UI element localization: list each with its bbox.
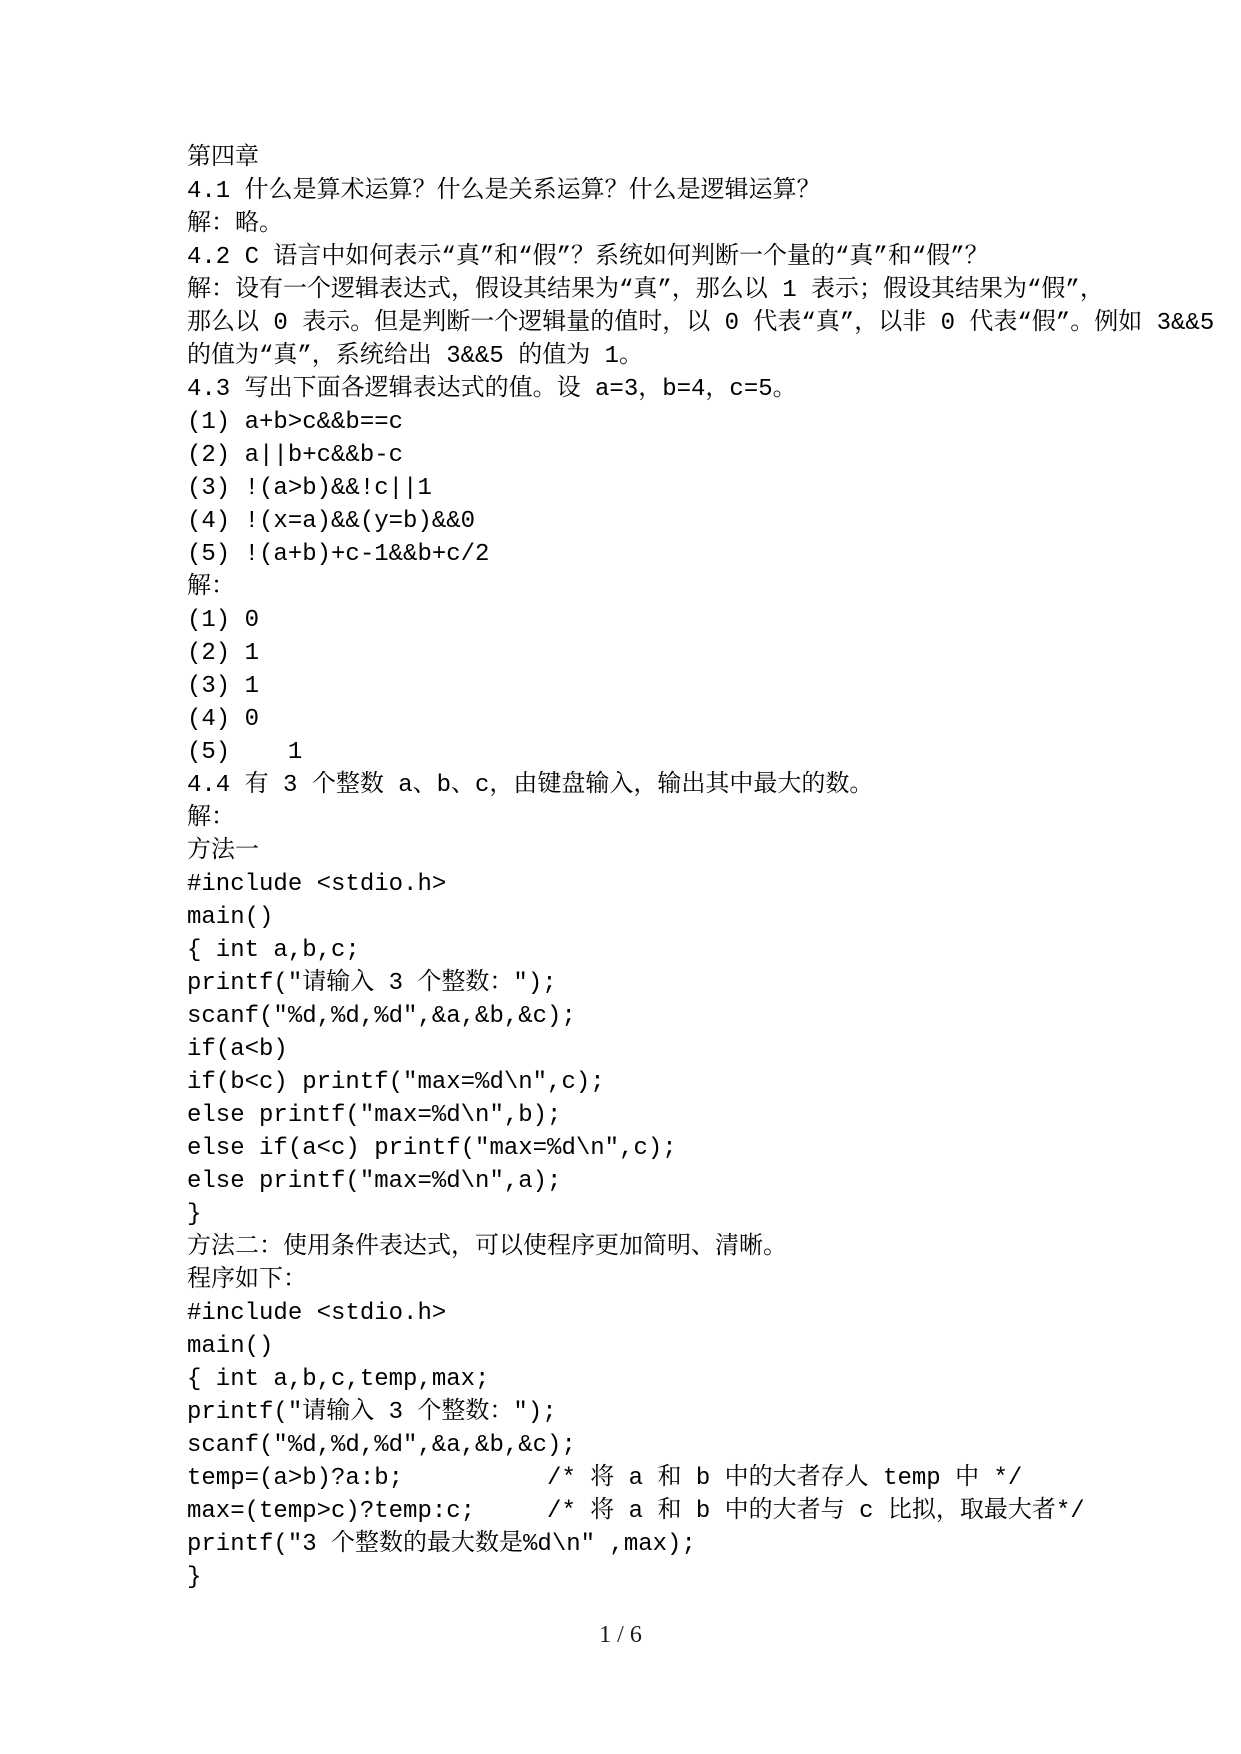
document-line: (2) a||b+c&&b-c xyxy=(187,439,1214,472)
page-number: 1 / 6 xyxy=(0,1620,1241,1650)
document-line: (3) 1 xyxy=(187,670,1214,703)
document-line: 解： xyxy=(187,802,1214,835)
document-line: printf("3 个整数的最大数是%d\n″ ,max); xyxy=(187,1528,1214,1561)
document-line: if(a<b) xyxy=(187,1033,1214,1066)
document-line: 解： xyxy=(187,571,1214,604)
document-line: 4.1 什么是算术运算？什么是关系运算？什么是逻辑运算？ xyxy=(187,175,1214,208)
document-line: 4.2 C 语言中如何表示“真”和“假”？系统如何判断一个量的“真”和“假”？ xyxy=(187,241,1214,274)
document-line: printf("请输入 3 个整数："); xyxy=(187,967,1214,1000)
document-line: (5) 1 xyxy=(187,736,1214,769)
document-line: (1) a+b>c&&b==c xyxy=(187,406,1214,439)
document-line: scanf("%d,%d,%d",&a,&b,&c); xyxy=(187,1000,1214,1033)
document-line: main() xyxy=(187,901,1214,934)
document-line: if(b<c) printf("max=%d\n",c); xyxy=(187,1066,1214,1099)
document-line: 方法一 xyxy=(187,835,1214,868)
document-line: 4.4 有 3 个整数 a、b、c，由键盘输入，输出其中最大的数。 xyxy=(187,769,1214,802)
document-line: printf("请输入 3 个整数："); xyxy=(187,1396,1214,1429)
document-line: #include <stdio.h> xyxy=(187,868,1214,901)
document-line: scanf("%d,%d,%d",&a,&b,&c); xyxy=(187,1429,1214,1462)
document-line: max=(temp>c)?temp:c; /* 将 a 和 b 中的大者与 c … xyxy=(187,1495,1214,1528)
document-line: (4) !(x=a)&&(y=b)&&0 xyxy=(187,505,1214,538)
document-line: (1) 0 xyxy=(187,604,1214,637)
document-line: 的值为“真”，系统给出 3&&5 的值为 1。 xyxy=(187,340,1214,373)
document-page: 第四章4.1 什么是算术运算？什么是关系运算？什么是逻辑运算？解：略。4.2 C… xyxy=(0,0,1241,1754)
document-line: { int a,b,c,temp,max; xyxy=(187,1363,1214,1396)
document-line: 解：略。 xyxy=(187,208,1214,241)
document-line: (5) !(a+b)+c-1&&b+c/2 xyxy=(187,538,1214,571)
document-line: 方法二：使用条件表达式，可以使程序更加简明、清晰。 xyxy=(187,1231,1214,1264)
document-line: else if(a<c) printf("max=%d\n",c); xyxy=(187,1132,1214,1165)
document-line: else printf("max=%d\n",a); xyxy=(187,1165,1214,1198)
document-line: (2) 1 xyxy=(187,637,1214,670)
document-line: main() xyxy=(187,1330,1214,1363)
document-line: { int a,b,c; xyxy=(187,934,1214,967)
document-line: 程序如下： xyxy=(187,1264,1214,1297)
document-body: 第四章4.1 什么是算术运算？什么是关系运算？什么是逻辑运算？解：略。4.2 C… xyxy=(187,142,1214,1594)
document-line: 解：设有一个逻辑表达式，假设其结果为“真”，那么以 1 表示；假设其结果为“假”… xyxy=(187,274,1214,307)
document-line: } xyxy=(187,1561,1214,1594)
document-line: 那么以 0 表示。但是判断一个逻辑量的值时，以 0 代表“真”，以非 0 代表“… xyxy=(187,307,1214,340)
document-line: #include <stdio.h> xyxy=(187,1297,1214,1330)
document-line: 第四章 xyxy=(187,142,1214,175)
document-line: (4) 0 xyxy=(187,703,1214,736)
document-line: (3) !(a>b)&&!c||1 xyxy=(187,472,1214,505)
document-line: temp=(a>b)?a:b; /* 将 a 和 b 中的大者存人 temp 中… xyxy=(187,1462,1214,1495)
document-line: 4.3 写出下面各逻辑表达式的值。设 a=3，b=4，c=5。 xyxy=(187,373,1214,406)
document-line: else printf("max=%d\n",b); xyxy=(187,1099,1214,1132)
document-line: } xyxy=(187,1198,1214,1231)
